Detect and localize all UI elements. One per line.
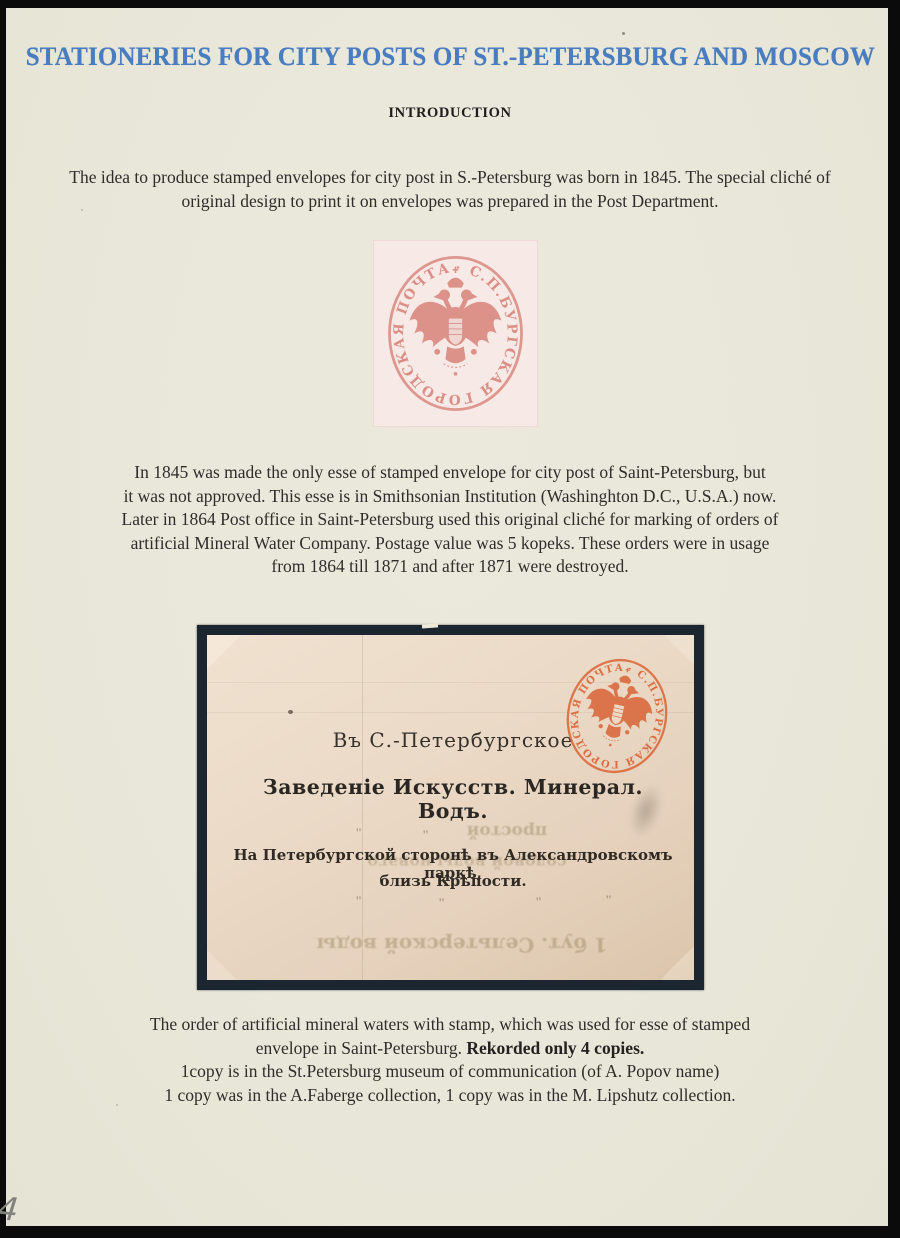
caption-line: 1copy is in the St.Petersburg museum of … — [90, 1060, 810, 1084]
showthrough-text: 1 бут. Сельтерской воды — [297, 933, 627, 957]
caption-line: envelope in Saint-Petersburg. Rekorded o… — [90, 1037, 810, 1061]
mount-corner — [207, 635, 241, 669]
envelope-mount-frame: простой содовой воды новаго 1 бут. Сельт… — [197, 625, 704, 990]
proof-stamp-image: · С.П.БУРГСКАЯ ГОРОДСКАЯ ПОЧТА — [373, 240, 538, 427]
paragraph-2-line: it was not approved. This esse is in Smi… — [70, 485, 830, 509]
paragraph-2-line: from 1864 till 1871 and after 1871 were … — [70, 555, 830, 579]
caption-line: 1 copy was in the A.Faberge collection, … — [90, 1084, 810, 1108]
mineral-water-order-envelope: простой содовой воды новаго 1 бут. Сельт… — [207, 635, 694, 980]
ditto-mark: " — [438, 895, 445, 911]
mount-corner — [660, 946, 694, 980]
ditto-mark: " — [355, 893, 362, 909]
paragraph-1-line: original design to print it on envelopes… — [30, 190, 870, 214]
page-title: STATIONERIES FOR CITY POSTS OF ST.-PETER… — [0, 44, 900, 70]
mount-corner — [207, 950, 237, 980]
city-post-stamp-proof: · С.П.БУРГСКАЯ ГОРОДСКАЯ ПОЧТА — [373, 240, 538, 427]
page-title-text: STATIONERIES FOR CITY POSTS OF ST.-PETER… — [25, 44, 874, 70]
paragraph-1-line: The idea to produce stamped envelopes fo… — [30, 166, 870, 190]
caption-line: The order of artificial mineral waters w… — [90, 1013, 810, 1037]
caption-line2-normal: envelope in Saint-Petersburg. — [256, 1038, 467, 1058]
intro-heading: INTRODUCTION — [0, 105, 900, 122]
ditto-mark: " — [605, 892, 612, 908]
scan-speck — [622, 32, 625, 35]
ditto-mark: " — [355, 825, 362, 841]
paragraph-2: In 1845 was made the only esse of stampe… — [70, 461, 830, 579]
caption-line2-bold: Rekorded only 4 copies. — [466, 1038, 644, 1058]
city-post-stamp-envelope: · С.П.БУРГСКАЯ ГОРОДСКАЯ ПОЧТА — [542, 635, 692, 798]
paper-speck — [422, 623, 438, 628]
ditto-mark: " — [422, 827, 429, 843]
paragraph-1: The idea to produce stamped envelopes fo… — [30, 166, 870, 213]
showthrough-text: простой — [457, 821, 557, 841]
paragraph-2-line: In 1845 was made the only esse of stampe… — [70, 461, 830, 485]
envelope-stamp-image: · С.П.БУРГСКАЯ ГОРОДСКАЯ ПОЧТА — [542, 635, 692, 798]
paper-blemish — [288, 710, 293, 714]
ditto-mark: " — [535, 894, 542, 910]
caption: The order of artificial mineral waters w… — [90, 1013, 810, 1107]
scan-speck — [81, 209, 83, 211]
scan-speck — [116, 1104, 118, 1106]
envelope-address-line-4: близь Крѣпости. — [221, 872, 685, 890]
paragraph-2-line: Later in 1864 Post office in Saint-Peter… — [70, 508, 830, 532]
paragraph-2-line: artificial Mineral Water Company. Postag… — [70, 532, 830, 556]
